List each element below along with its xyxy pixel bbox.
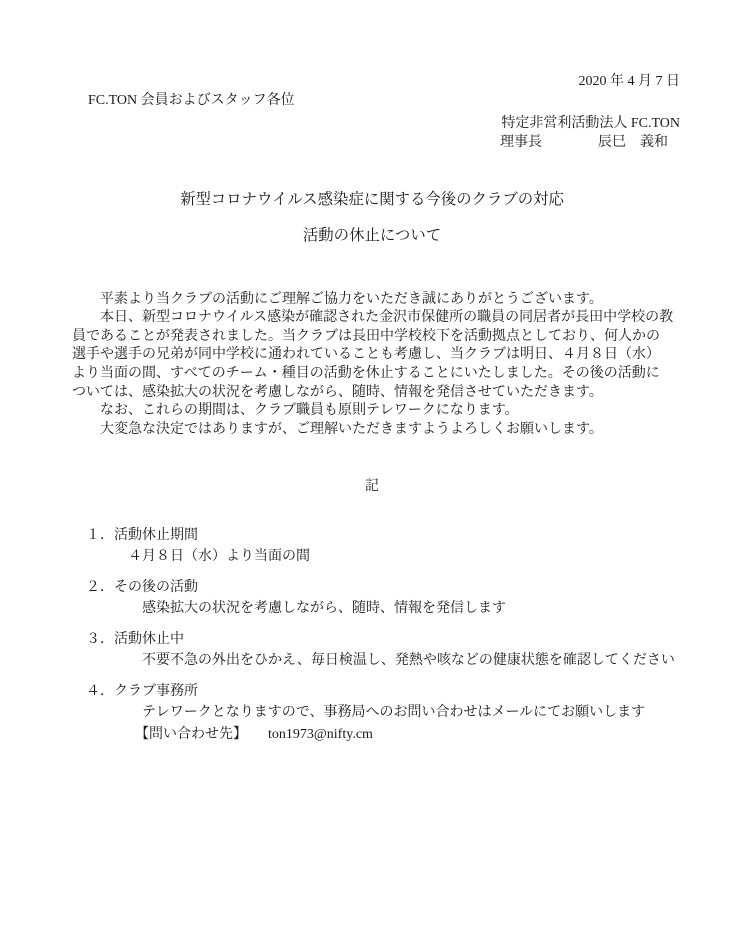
list-item-club-office: ４．クラブ事務所 テレワークとなりますので、事務局へのお問い合わせはメールにてお… [86,681,744,746]
list-item-during-suspension: ３．活動休止中 不要不急の外出をひかえ、毎日検温し、発熱や咳などの健康状態を確認… [86,629,744,672]
item-detail-line: 感染拡大の状況を考慮しながら、随時、情報を発信します [86,598,744,620]
document-title: 新型コロナウイルス感染症に関する今後のクラブの対応 [0,191,744,210]
item-detail-line: ４月８日（水）より当面の間 [86,546,744,568]
item-detail-line: テレワークとなりますので、事務局へのお問い合わせはメールにてお願いします [86,702,744,724]
document-page: 2020 年 4 月 7 日 FC.TON 会員およびスタッフ各位 特定非営利活… [0,0,744,934]
item-heading: ２．その後の活動 [86,577,744,599]
item-heading: ３．活動休止中 [86,629,744,651]
addressee-line: FC.TON 会員およびスタッフ各位 [88,92,744,111]
document-subtitle: 活動の休止について [0,227,744,246]
body-paragraph: 平素より当クラブの活動にご理解ご協力をいただき誠にありがとうございます。 本日、… [72,291,686,440]
item-heading: １．活動休止期間 [86,525,744,547]
ki-notice-marker: 記 [0,478,744,497]
sender-block: 特定非営利活動法人 FC.TON 理事長 辰巳 義和 [0,115,744,152]
list-item-suspension-period: １．活動休止期間 ４月８日（水）より当面の間 [86,525,744,568]
organization-line: 特定非営利活動法人 FC.TON [0,115,680,134]
list-item-future-activity: ２．その後の活動 感染拡大の状況を考慮しながら、随時、情報を発信します [86,577,744,620]
president-name-line: 理事長 辰巳 義和 [0,134,668,153]
item-detail-line: 不要不急の外出をひかえ、毎日検温し、発熱や咳などの健康状態を確認してください [86,650,744,672]
item-contact-line: 【問い合わせ先】 ton1973@nifty.cm [86,724,744,746]
numbered-item-list: １．活動休止期間 ４月８日（水）より当面の間 ２．その後の活動 感染拡大の状況を… [86,525,744,746]
item-heading: ４．クラブ事務所 [86,681,744,703]
date-line: 2020 年 4 月 7 日 [0,73,680,92]
